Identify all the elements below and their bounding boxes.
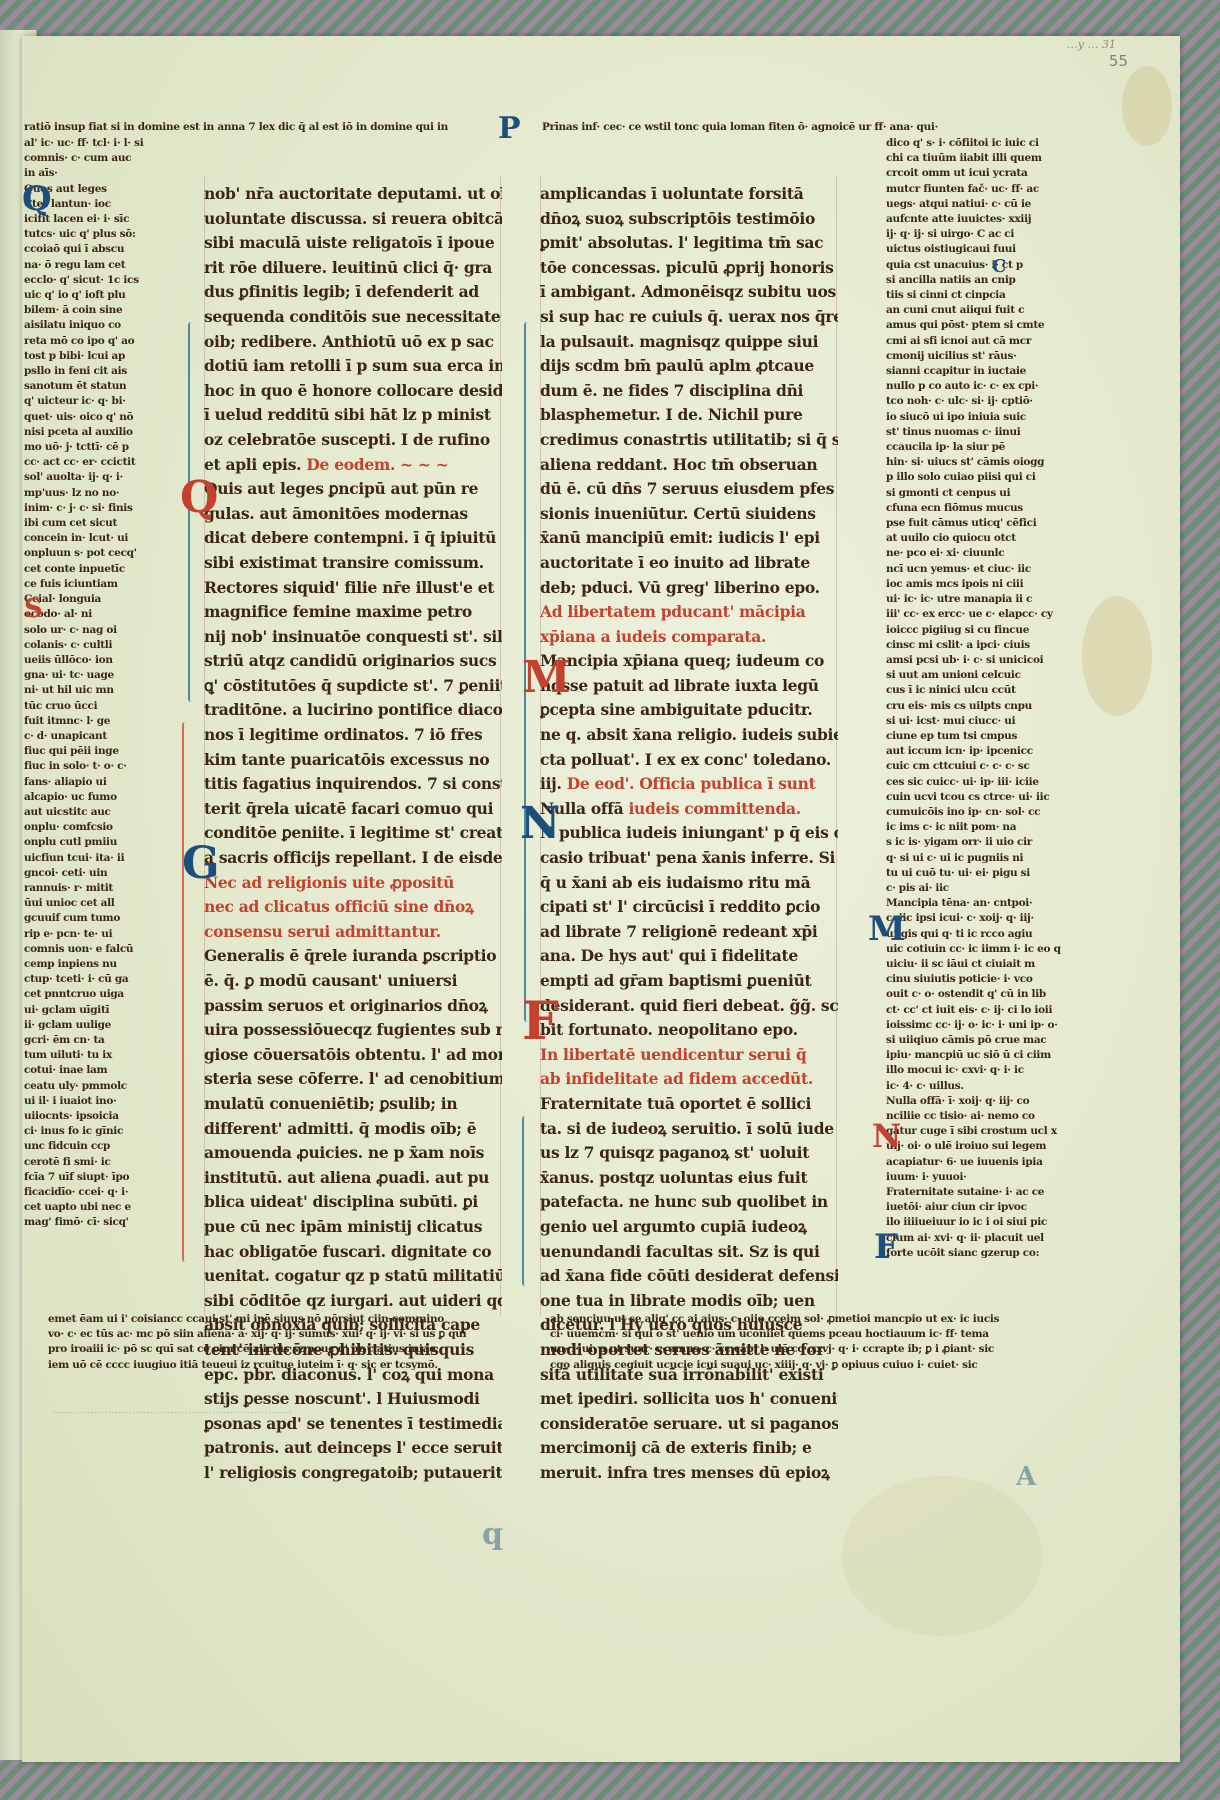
text-line: Nec ad religionis uite ꝓpositū <box>204 871 502 896</box>
text-line: ab infidelitate ad fidem accedūt. <box>540 1067 838 1092</box>
text-line: steria sese cōferre. l' ad cenobitium fa <box>204 1067 502 1092</box>
text-line: iij. De eod'. Officia publica ī sunt <box>540 772 838 797</box>
text-line: io siucō ui ipo iniuia suic <box>886 410 1110 425</box>
text-line: kim tante puaricatōis excessus no <box>204 748 502 773</box>
text-line: comnis uon· e falcū <box>24 942 152 957</box>
text-line: q̄ u x̄ani ab eis iudaismo ritu mā <box>540 871 838 896</box>
text-line: la pulsauit. magnisqz quippe siui <box>540 330 838 355</box>
text-line: crcoit omm ut icui ycrata <box>886 166 1110 181</box>
text-line: fcīa 7 uīf siupt· īpo <box>24 1170 152 1185</box>
text-line: credimus conastrtis utilitatib; si q̄ st… <box>540 428 838 453</box>
text-line: aut iccum icn· ip· ipcenicc <box>886 744 1110 759</box>
text-line: si ui· icst· mui ciucc· ui <box>886 714 1110 729</box>
text-line: mercimonij cā de exteris finib; e <box>540 1436 838 1461</box>
text-line: an cuni cnut aiiqui fuit c <box>886 303 1110 318</box>
text-line: uij· oi· o ulē iroiuo sui legem <box>886 1139 1110 1154</box>
text-line: amouenda ꝓuicies. ne p x̄am noīs <box>204 1141 502 1166</box>
text-line: terit q̄rela uicatē facari comuo qui <box>204 797 502 822</box>
text-line: q· si ui c· ui ic pugniis ni <box>886 851 1110 866</box>
text-line: conditōe ꝑeniite. ī legitime st' creati <box>204 821 502 846</box>
text-line: ouit c· o· ostendit q' cū in lib <box>886 987 1110 1002</box>
text-line: p illo solo cuiao piisi qui ci <box>886 470 1110 485</box>
text-line: ocodo· al· ni <box>24 607 152 622</box>
text-line: inim· c· j· c· si· finis <box>24 501 152 516</box>
text-line: comnis· c· cum auc <box>24 151 152 166</box>
text-line: tūc cruo ūcci <box>24 699 152 714</box>
text-line: consideratōe seruare. ut si paganos q̄s <box>540 1412 838 1437</box>
text-line: amplicandas ī uoluntate forsitā <box>540 182 838 207</box>
text-line: ioissimc cc· ij· o· ic· i· uni ip· o· <box>886 1018 1110 1033</box>
text-line: ne q. absit x̄ana religio. iudeis subie <box>540 723 838 748</box>
initial-f: F <box>522 996 559 1048</box>
text-line: dn̄oꝝ suoꝝ subscriptōis testimōio <box>540 207 838 232</box>
text-line: uira possessiōuecqz fugientes sub reli <box>204 1018 502 1043</box>
text-line: dū ē. cū dn̄s 7 seruus eiusdem pfes <box>540 477 838 502</box>
show-through-text: ········································… <box>52 1406 512 1556</box>
text-line: uiciu· ii sc iāui ct ciuiait m <box>886 957 1110 972</box>
text-line: ī ambigant. Admonēisqz subitu uos <box>540 280 838 305</box>
text-line: cru eis· mis cs uilpts cnpu <box>886 699 1110 714</box>
text-line: giose cōuersatōis obtentu. l' ad mona <box>204 1043 502 1068</box>
text-line: patefacta. ne hunc sub quolibet in <box>540 1190 838 1215</box>
text-line: iuetōi· aiur ciun cir ipvoc <box>886 1200 1110 1215</box>
text-line: ct· cc' ct iuit eis· c· ij· ci lo ioii <box>886 1003 1110 1018</box>
text-line: nec ad clicatus officiū sine dn̄oꝝ <box>204 895 502 920</box>
text-line: reta mō co ipo q' ao <box>24 334 152 349</box>
text-line: uenitat. cogatur qz p statū militatiū <box>204 1264 502 1289</box>
text-line: ne· pco ei· xi· ciuunlc <box>886 546 1110 561</box>
text-line: ni· ut hil uic mn <box>24 683 152 698</box>
text-line: uoluntate discussa. si reuera obitcā <box>204 207 502 232</box>
text-line: ta. si de iudeoꝝ seruitio. ī solū iude <box>540 1117 838 1142</box>
show-through-initial: q <box>482 1520 503 1550</box>
text-line: cotui· inae lam <box>24 1063 152 1078</box>
text-line: pse fuit cāmus uticq' cēfici <box>886 516 1110 531</box>
text-line: psllo in feni cit ais <box>24 364 152 379</box>
text-line: vo· c· ec tūs ac· mc pō siin aliena· a· … <box>48 1327 508 1342</box>
left-gloss-column: al' ic· uc· ff· tcl· i· l· sicomnis· c· … <box>24 136 152 1231</box>
text-line: tu ui cuō tu· ui· ei· pigu si <box>886 866 1110 881</box>
text-line: fiuc qui pēii inge <box>24 744 152 759</box>
text-line: hac obligatōe fuscari. dignitate co <box>204 1240 502 1265</box>
text-line: aufcnte atte iuuictes· xxiij <box>886 212 1110 227</box>
text-line: ii· gclam uulige <box>24 1018 152 1033</box>
text-line: desiderant. quid fieri debeat. g̃g̃. scr… <box>540 994 838 1019</box>
text-line: gncoi· ceti· uin <box>24 866 152 881</box>
initial-n: N <box>520 802 560 846</box>
text-line: cinu siuiutis poticie· i· vco <box>886 972 1110 987</box>
text-line: dicat debere contempni. ī q̄ ipiuitū <box>204 526 502 551</box>
text-line: si gmonti ct cenpus ui <box>886 486 1110 501</box>
text-line: Quis aut leges ꝑncipū aut pūn re <box>204 477 502 502</box>
main-text-column-a: nob' nr̄a auctoritate deputami. ut oīuol… <box>204 182 502 1485</box>
stain <box>1122 66 1172 146</box>
text-line: ic· 4· c· uillus. <box>886 1079 1110 1094</box>
text-line: oz celebratōe suscepti. I de rufino <box>204 428 502 453</box>
text-line: fans· aliapio ui <box>24 775 152 790</box>
text-line: ꝑcepta sine ambiguitate pducitr. <box>540 698 838 723</box>
text-line: consensu serui admittantur. <box>204 920 502 945</box>
text-line: sionis inueniūtur. Certū siuidens <box>540 502 838 527</box>
text-line: x̄anū mancipiū emit: iudicis l' epi <box>540 526 838 551</box>
show-through-initial: A <box>1016 1464 1036 1490</box>
text-line: aliena reddant. Hoc tm̄ obseruan <box>540 453 838 478</box>
text-line: nqsse patuit ad librate iuxta legū <box>540 674 838 699</box>
text-line: c· d· unapicant <box>24 729 152 744</box>
text-line: dotiū iam retolli ī p sum sua erca in <box>204 354 502 379</box>
text-line: al' ic· uc· ff· tcl· i· l· si <box>24 136 152 151</box>
text-line: ūui unioc cet all <box>24 896 152 911</box>
text-line: cc· act cc· er· ccictit <box>24 455 152 470</box>
text-line: ab senciuu ut se aliq' cc ai aius· c· oi… <box>550 1312 1090 1327</box>
text-line: In libertatē uendicentur serui q̄ <box>540 1043 838 1068</box>
text-line: Nulla offā iudeis committenda. <box>540 797 838 822</box>
text-line: ad librate 7 religionē redeant xp̄i <box>540 920 838 945</box>
text-line: tiis si cinni ct cinpcia <box>886 288 1110 303</box>
text-line: dus ꝑfinitis legib; ī defenderit ad <box>204 280 502 305</box>
text-line: sibi cōditōe qz iurgari. aut uideri qd' <box>204 1289 502 1314</box>
text-line: passim seruos et originarios dn̄oꝝ <box>204 994 502 1019</box>
text-line: c· pis ai· iic <box>886 881 1110 896</box>
text-line: different' admitti. q̄ modis oīb; ē <box>204 1117 502 1142</box>
text-line: solo ur· c· nag oi <box>24 623 152 638</box>
text-line: iuum· i· yuuoi· <box>886 1170 1110 1185</box>
text-line: x̄anus. postqz uoluntas eius fuit <box>540 1166 838 1191</box>
text-line: nob' nr̄a auctoritate deputami. ut oī <box>204 182 502 207</box>
text-line: uegs· atqui natiui· c· cū ie <box>886 197 1110 212</box>
text-line: oib; redibere. Anthiotū uō ex p sac <box>204 330 502 355</box>
initial-g: G <box>182 842 220 886</box>
text-line: aisilatu iniquo co <box>24 318 152 333</box>
text-line: ꝗ' cōstitutōes q̄ supdicte st'. 7 ꝑeniit… <box>204 674 502 699</box>
text-line: Fraternitate sutaine· i· ac ce <box>886 1185 1110 1200</box>
text-line: aut uicstitc auc <box>24 805 152 820</box>
text-line: nisi pceta al auxilio <box>24 425 152 440</box>
text-line: onplu· comfcsio <box>24 820 152 835</box>
text-line: gatur cuge ī sibi crostum ucl x <box>886 1124 1110 1139</box>
initial-c: C <box>992 258 1006 276</box>
text-line: nos ī legitime ordinatos. 7 iō fr̄es <box>204 723 502 748</box>
text-line: bit fortunato. neopolitano epo. <box>540 1018 838 1043</box>
text-line: ctup· tceti· i· cū ga <box>24 972 152 987</box>
text-line: cmonij uicilius st' rāus· <box>886 349 1110 364</box>
text-line: ui· gclam uīgitī <box>24 1003 152 1018</box>
text-line: dijs scdm bm̄ paulū aplm ꝓtcaue <box>540 354 838 379</box>
text-line: uicfiun tcui· ita· ii <box>24 851 152 866</box>
text-line: cuin ucvi tcou cs ctrce· ui· iic <box>886 790 1110 805</box>
text-line: alcapio· uc fumo <box>24 790 152 805</box>
text-line: sianni ccapitur in iuctaie <box>886 364 1110 379</box>
text-line: uenundandi facultas sit. Sz is qui <box>540 1240 838 1265</box>
text-line: sibi maculā uiste religatoīs ī ipoue <box>204 231 502 256</box>
text-line: chi ca tiuūm iiabit illi quem <box>886 151 1110 166</box>
text-line: rit rōe diluere. leuitinū clici q̄· gra <box>204 256 502 281</box>
rubric-text: iudeis committenda. <box>628 799 800 818</box>
text-line: striū atqz candidū originarios sucs <box>204 649 502 674</box>
text-line: deb; pduci. Vū greg' liberino epo. <box>540 576 838 601</box>
text-line: uiiocnts· ipsoicia <box>24 1109 152 1124</box>
text-line: tutcs· uic q' plus sō: <box>24 227 152 242</box>
text-line: ces sic cuicc· ui· ip· iii· iciie <box>886 775 1110 790</box>
text-line: ccoiaō qui ī abscu <box>24 242 152 257</box>
text-line: uiigis qui q· ti ic rcco agiu <box>886 927 1110 942</box>
rubric-text: De eodem. ~ ~ ~ <box>306 455 448 474</box>
text-line: N publica iudeis iniungant' p q̄ eis oc <box>540 821 838 846</box>
text-line: cta polluat'. I ex ex conc' toledano. <box>540 748 838 773</box>
initial-f-gloss: F <box>874 1230 898 1264</box>
text-line: hin· si· uiucs st' cāmis oiogg <box>886 455 1110 470</box>
text-line: ecclo· q' sicut· 1c ics <box>24 273 152 288</box>
main-text-column-b: amplicandas ī uoluntate forsitādn̄oꝝ suo… <box>540 182 838 1485</box>
text-line: ibi cum cet sicut <box>24 516 152 531</box>
text-line: gcri· ēm cn· ta <box>24 1033 152 1048</box>
text-line: bilem· ā coin sine <box>24 303 152 318</box>
top-gloss-right: Prīnas inf· cec· ce wstil tonc quia loma… <box>542 120 1102 135</box>
text-line: blica uideat' disciplina subūti. ꝑi <box>204 1190 502 1215</box>
text-line: Mancipia tēna· an· cntpoi· <box>886 896 1110 911</box>
text-line: cuic cm cttcuiui c· c· c· sc <box>886 759 1110 774</box>
text-line: uu· l· ui· a ut suar· v· amus· c· cc cap… <box>550 1342 1090 1357</box>
text-line: hoc in quo ē honore collocare desidat. <box>204 379 502 404</box>
text-line: cus ī ic ninici ulcu ccūt <box>886 683 1110 698</box>
pen-flourish <box>522 1116 528 1286</box>
text-line: q' uicteur ic· q· bi· <box>24 394 152 409</box>
text-line: empti ad gr̄am baptismi ꝑueniūt <box>540 969 838 994</box>
text-line: Ccial· longuia <box>24 592 152 607</box>
text-line: quet· uis· oico q' nō <box>24 410 152 425</box>
text-line: c· iic ipsi icui· c· xoij· q· iij· <box>886 911 1110 926</box>
text-line: fuit itmnc· l· ge <box>24 714 152 729</box>
bottom-gloss-right: ab senciuu ut se aliq' cc ai aius· c· oi… <box>550 1312 1090 1373</box>
text-line: si sup hac re cuiuls q̄. uerax nos q̄re <box>540 305 838 330</box>
text-line: si uiiqiuo cāmis pō crue mac <box>886 1033 1110 1048</box>
text-line: tost p bibi· lcui ap <box>24 349 152 364</box>
text-line: gcuuif cum tumo <box>24 911 152 926</box>
text-line: emet ēam ui i' coisiancc ccaui st' mi ip… <box>48 1312 508 1327</box>
top-gloss-left: ratiō insup fiat si in domine est in ann… <box>24 120 494 135</box>
initial-m: M <box>522 656 571 700</box>
text-line: ilo iiiiueiuur io ic i oi siui pic <box>886 1215 1110 1230</box>
text-line: si uut am unioni celcuic <box>886 668 1110 683</box>
text-line: met ipediri. sollicita uos h' conuenit <box>540 1387 838 1412</box>
text-line: forte ucōit sianc gzerup co: <box>886 1246 1110 1261</box>
text-line: cfuna ecn fiōmus mucus <box>886 501 1110 516</box>
text-line: pro iroaiii ic· pō sc quī sat cē cim cē … <box>48 1342 508 1357</box>
text-line: institutū. aut aliena ꝓuadi. aut pu <box>204 1166 502 1191</box>
text-line: uic cotiuin cc· ic iimm i· ic eo q <box>886 942 1110 957</box>
text-line: amsi pcsi ub· i· c· si unicicoi <box>886 653 1110 668</box>
text-line: ficacidīo· ccei· q· i· <box>24 1185 152 1200</box>
text-line: dico q' s· i· cōfiitoi ic iuic ci <box>886 136 1110 151</box>
text-line: ccaucila ip· la siur pē <box>886 440 1110 455</box>
folio-annotation: …y … 31 <box>1067 38 1116 51</box>
text-line: ce fuis iciuntiam <box>24 577 152 592</box>
text-line: ī uelud redditū sibi hāt lz p minist <box>204 403 502 428</box>
text-line: mo uō· j· tcttī· cē p <box>24 440 152 455</box>
text-line: magnifice femine maxime petro <box>204 600 502 625</box>
text-line: iem uō cē cccc iuugiuo itiā teueui iz rc… <box>48 1358 508 1373</box>
stain <box>842 1476 1042 1636</box>
text-line: nij nob' insinuatōe conquesti st'. silue <box>204 625 502 650</box>
text-line: Rectores siquid' filie nr̄e illust'e et <box>204 576 502 601</box>
text-line: cet pnntcruo uiga <box>24 987 152 1002</box>
text-line: sanotum ēt statun <box>24 379 152 394</box>
text-line: gna· ui· tc· uage <box>24 668 152 683</box>
text-line: nciliie cc tisio· ai· nemo co <box>886 1109 1110 1124</box>
text-line: genio uel argumto cupiā iudeoꝝ <box>540 1215 838 1240</box>
text-line: mag' fimō· cī· sicq' <box>24 1215 152 1230</box>
text-line: titis fagatius inquirendos. 7 si consti <box>204 772 502 797</box>
text-line: na· ō regu lam cet <box>24 258 152 273</box>
text-line: onplu cutl pmiiu <box>24 835 152 850</box>
text-line: traditōne. a lucirino pontifice diaco <box>204 698 502 723</box>
folio-number: 55 <box>1109 52 1128 70</box>
initial-q: Q <box>22 182 52 216</box>
text-line: sol' auolta· ij· q· i· <box>24 470 152 485</box>
text-line: ueiis ūllōco· ion <box>24 653 152 668</box>
text-line: onpluun s· pot cecq' <box>24 546 152 561</box>
text-line: et apli epis. De eodem. ~ ~ ~ <box>204 453 502 478</box>
text-line: ioiccc pigiiug si cu fincue <box>886 623 1110 638</box>
text-line: sibi existimat transire comissum. <box>204 551 502 576</box>
text-line: rip e· pcn· te· ui <box>24 927 152 942</box>
text-line: cipati st' l' circūcisi ī reddito ꝑcio <box>540 895 838 920</box>
text-line: Ad libertatem pducant' mācipia <box>540 600 838 625</box>
text-line: one tua in librate modis oīb; uen <box>540 1289 838 1314</box>
text-line: cemp inpiens nu <box>24 957 152 972</box>
initial-q-red: Q <box>180 476 218 520</box>
text-line: auctoritate ī eo inuito ad librate <box>540 551 838 576</box>
text-line: Nulla offā· ī· xoij· q· iij· co <box>886 1094 1110 1109</box>
text-line: ciune ep tum tsi cmpus <box>886 729 1110 744</box>
text-line: cumuicōis ino ip· cn· sol· cc <box>886 805 1110 820</box>
bottom-gloss-left: emet ēam ui i' coisiancc ccaui st' mi ip… <box>48 1312 508 1373</box>
text-line: cgo aliquis cegiuit ucucie icui suaui uc… <box>550 1358 1090 1373</box>
text-line: cmi ai sfi icnoi aut cā mcr <box>886 334 1110 349</box>
text-line: a sacris officijs repellant. I de eisde. <box>204 846 502 871</box>
text-line: tco noh· c· ulc· si· ij· cptiō· <box>886 394 1110 409</box>
text-line: pue cū nec ipām ministij clicatus <box>204 1215 502 1240</box>
text-line: at uuilo cio quiocu otct <box>886 531 1110 546</box>
text-line: uic q' io q' ioft plu <box>24 288 152 303</box>
text-line: Mancipia xp̄iana queq; iudeum co <box>540 649 838 674</box>
text-line: ꝑmit' absolutas. l' legitima tm̄ sac <box>540 231 838 256</box>
text-line: ic ims c· ic niit pom· na <box>886 820 1110 835</box>
text-line: Fraternitate tuā oportet ē sollici <box>540 1092 838 1117</box>
text-line: ē. q̄. ꝑ modū causant' uniuersi <box>204 969 502 994</box>
text-line: amus qui pōst· ptem si cmte <box>886 318 1110 333</box>
text-line: Generalis ē q̄rele iuranda ꝑscriptio <box>204 944 502 969</box>
manuscript-page: …y … 31 55 ratiō insup fiat si in domine… <box>22 36 1180 1762</box>
text-line: ipiu· mancpiū uc siō ū ci ciim <box>886 1048 1110 1063</box>
text-line: iii' cc· ex ercc· ue c· elapcc· cy <box>886 607 1110 622</box>
text-line: ci· inus fo ic gīnic <box>24 1124 152 1139</box>
text-line: cinsc mi cslit· a ipci· ciuis <box>886 638 1110 653</box>
text-line: illo mocui ic· cxvi· q· i· ic <box>886 1063 1110 1078</box>
text-line: acapiatur· 6· ue iuuenis ipia <box>886 1155 1110 1170</box>
text-line: mulatū conueniētib; ꝑsulib; in <box>204 1092 502 1117</box>
text-line: ui il· i iuaiot ino· <box>24 1094 152 1109</box>
initial-m-gloss: M <box>868 912 906 946</box>
text-line: unc fidcuin ccp <box>24 1139 152 1154</box>
text-line: rannuis· r· mitit <box>24 881 152 896</box>
initial-p: P <box>498 114 521 144</box>
text-line: mutcr fiunten fač· uc· ff· ac <box>886 182 1110 197</box>
text-line: cet uapto ubi nec e <box>24 1200 152 1215</box>
text-line: gulas. aut āmonitōes modernas <box>204 502 502 527</box>
text-line: cet conte inpuetīc <box>24 562 152 577</box>
text-line: ioc amis mcs ipois ni ciii <box>886 577 1110 592</box>
initial-n-gloss: N <box>872 1120 901 1152</box>
text-line: concein in· lcut· ui <box>24 531 152 546</box>
text-line: ana. De hys aut' qui ī fidelitate <box>540 944 838 969</box>
initial-s: S <box>24 596 43 622</box>
text-line: blasphemetur. I de. Nichil pure <box>540 403 838 428</box>
text-line: s ic is· yigam orr· ii uio cir <box>886 835 1110 850</box>
text-line: ncī ucn yemus· et ciuc· iic <box>886 562 1110 577</box>
text-line: st' tinus nuomas c· iinui <box>886 425 1110 440</box>
text-line: xp̄iana a iudeis comparata. <box>540 625 838 650</box>
text-line: sequenda conditōis sue necessitate mu <box>204 305 502 330</box>
text-line: tōe concessas. piculū ꝓprij honoris se <box>540 256 838 281</box>
text-line: meruit. infra tres menses dū epioꝝ <box>540 1461 838 1486</box>
text-line: fiuc in solo· t· o· c· <box>24 759 152 774</box>
text-line: us lz 7 quisqz paganoꝝ st' uoluit <box>540 1141 838 1166</box>
text-line: tum uiluti· tu ix <box>24 1048 152 1063</box>
text-line: cerotē fi smi· ic <box>24 1155 152 1170</box>
pen-flourish <box>182 722 188 1262</box>
text-line: ui· ic· ic· utre manapia ii c <box>886 592 1110 607</box>
text-line: casio tribuat' pena x̄anis inferre. Si <box>540 846 838 871</box>
text-line: mp'uus· lz no no· <box>24 486 152 501</box>
text-line: ceatu uly· pmmolc <box>24 1079 152 1094</box>
text-line: ij· q· ij· si uirgo· C ac ci <box>886 227 1110 242</box>
text-line: nullo p co auto ic· c· ex cpi· <box>886 379 1110 394</box>
right-gloss-column: dico q' s· i· cōfiitoi ic iuic cichi ca … <box>886 136 1110 1261</box>
rubric-text: De eod'. Officia publica ī sunt <box>567 774 816 793</box>
text-line: colanis· c· cultli <box>24 638 152 653</box>
text-line: dum ē. ne fides 7 disciplina dn̄i <box>540 379 838 404</box>
text-line: cium ai· xvi· q· ii· placuit uel <box>886 1231 1110 1246</box>
text-line: ci· uuemcm· si qui o st' uenio ūm uconii… <box>550 1327 1090 1342</box>
text-line: ad x̄ana fide cōūti desiderat defensi <box>540 1264 838 1289</box>
